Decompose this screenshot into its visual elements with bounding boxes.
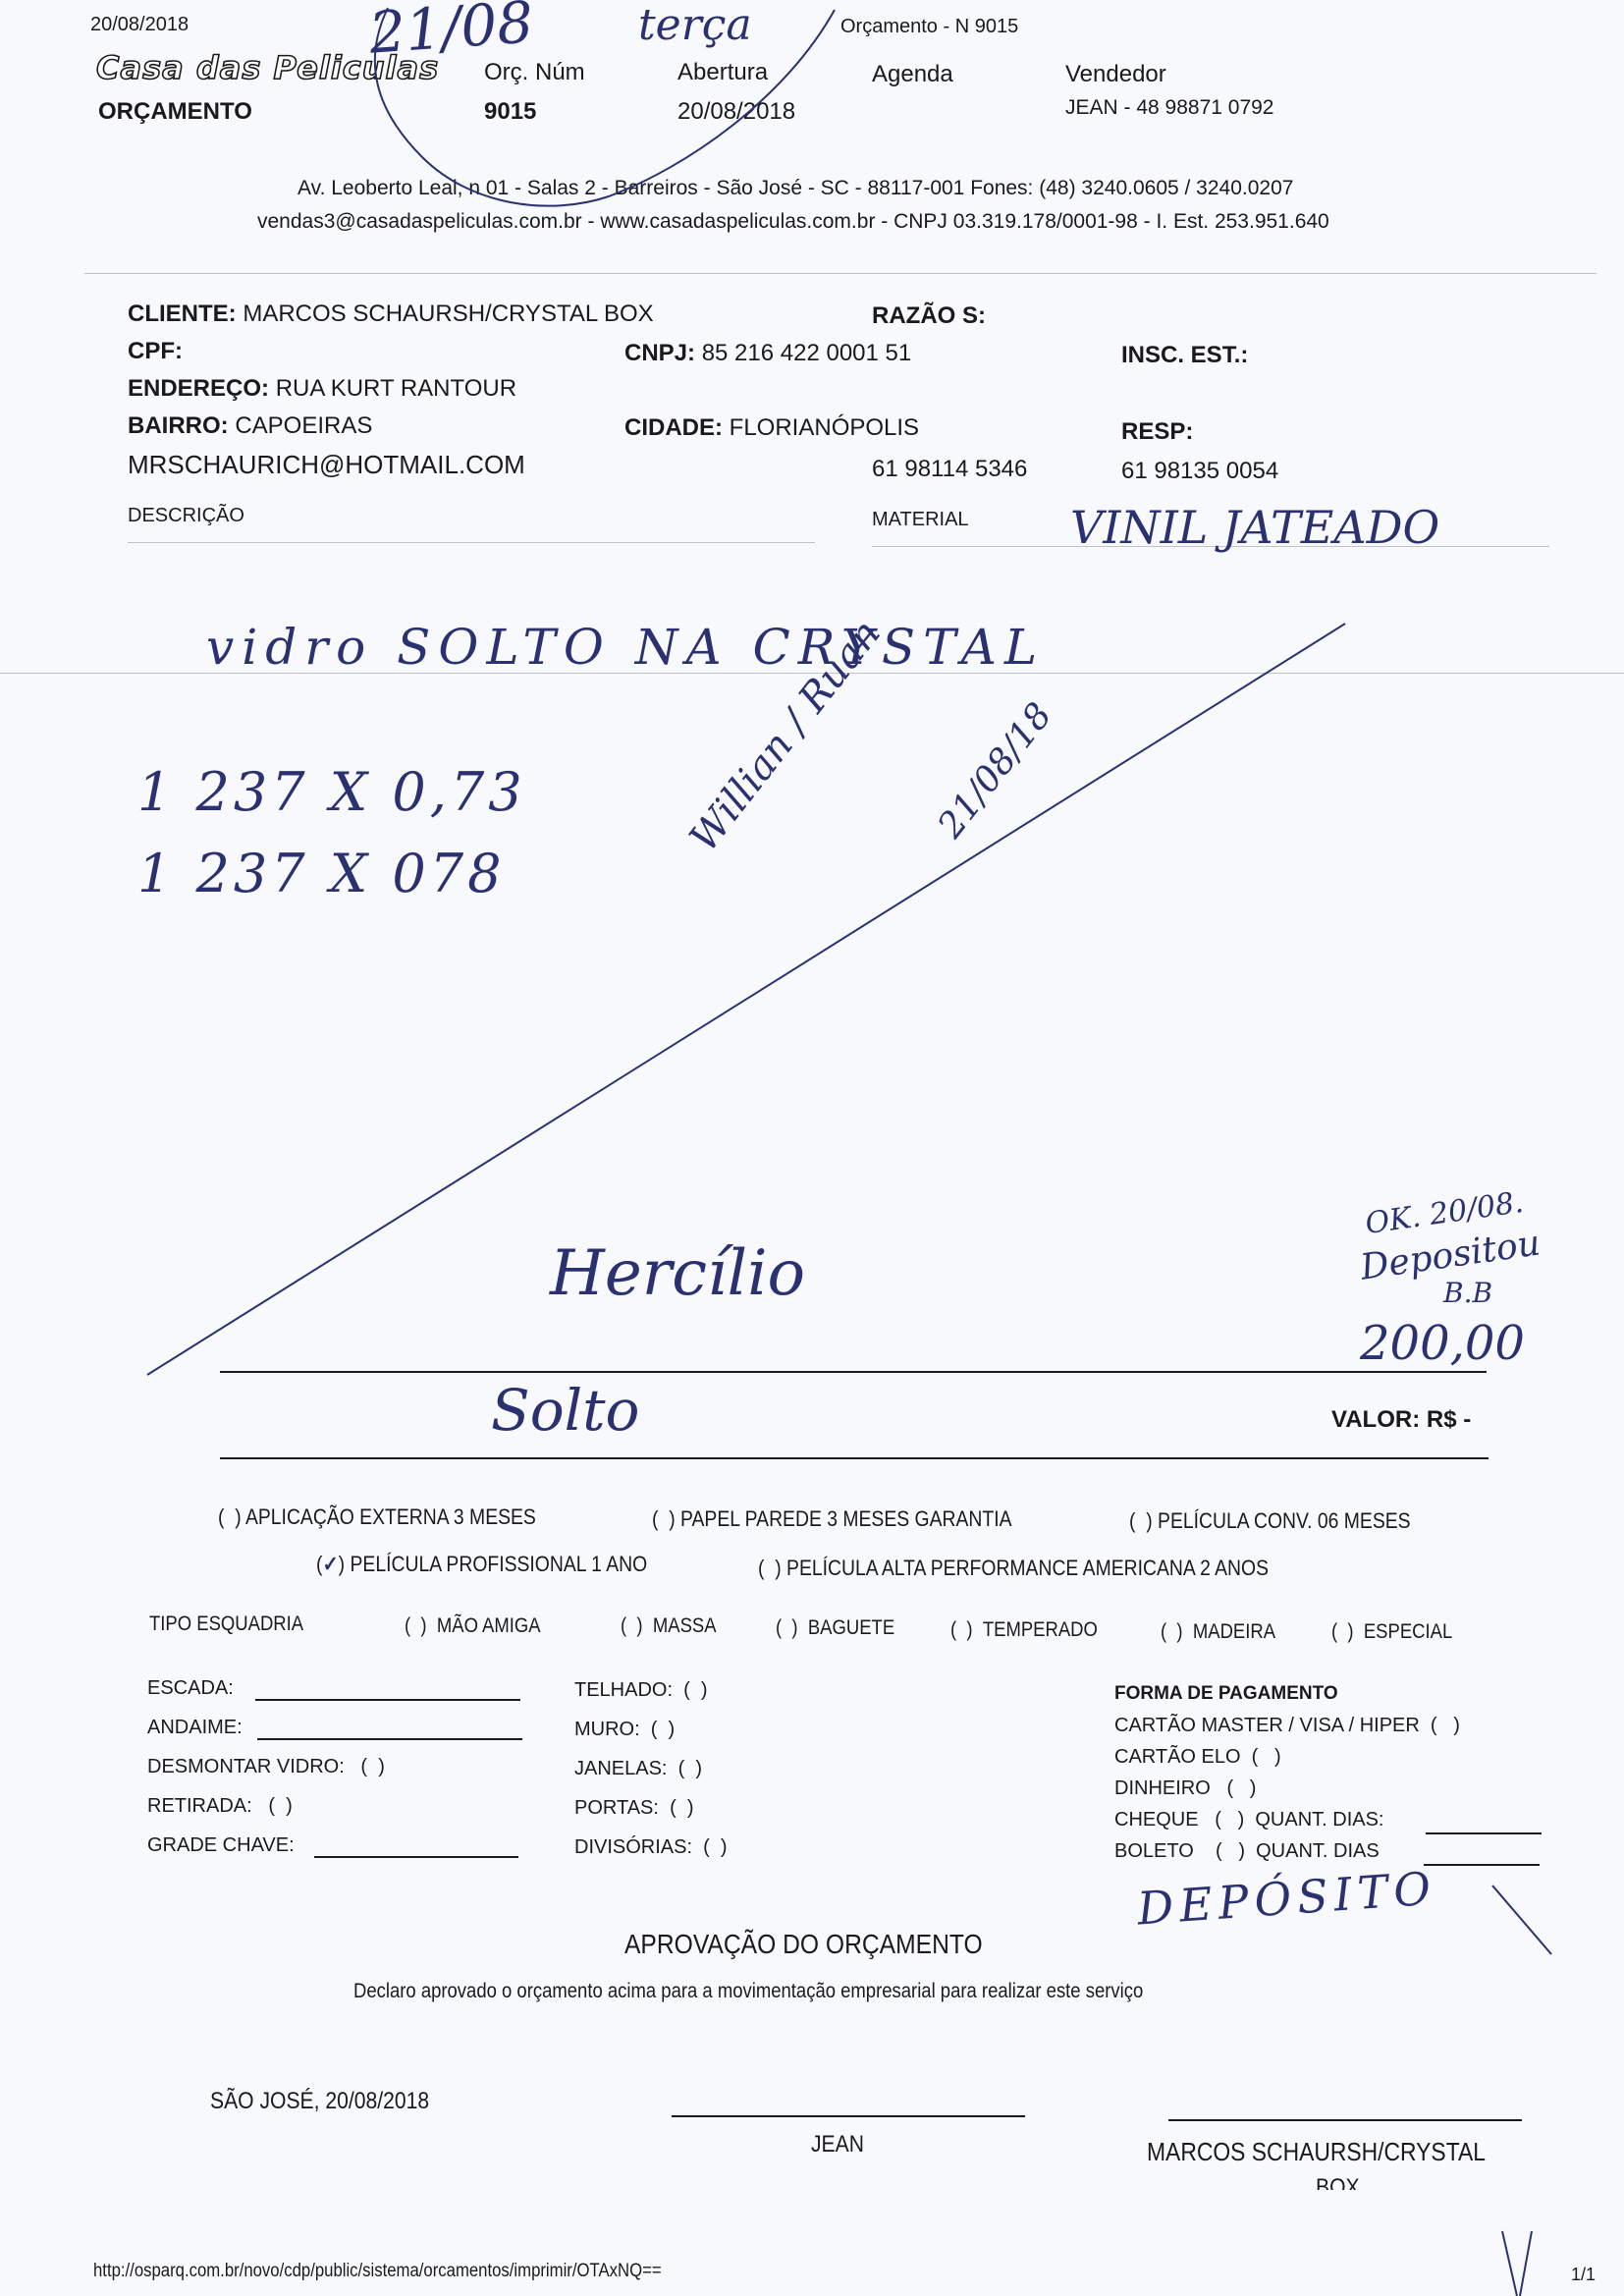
warranty-option[interactable]: ( ) APLICAÇÃO EXTERNA 3 MESES (218, 1504, 579, 1530)
warranty-option[interactable]: ( ) PELÍCULA ALTA PERFORMANCE AMERICANA … (758, 1556, 1338, 1581)
header-divider (84, 273, 1597, 274)
payment-option-boleto[interactable]: BOLETO ( ) QUANT. DIAS (1114, 1840, 1380, 1863)
cidade-label: CIDADE: (624, 414, 723, 441)
desmontar-vidro-field[interactable]: DESMONTAR VIDRO: ( ) (147, 1756, 385, 1778)
cpf-label: CPF: (128, 338, 183, 365)
agenda-label: Agenda (872, 61, 953, 88)
escada-line (255, 1699, 520, 1701)
signature-line-seller (672, 2115, 1025, 2117)
razao-label: RAZÃO S: (872, 302, 986, 330)
resp-label: RESP: (1121, 418, 1193, 446)
esquadria-option[interactable]: ( ) TEMPERADO (950, 1618, 1117, 1642)
company-address: Av. Leoberto Leal, n 01 - Salas 2 - Barr… (298, 177, 1293, 200)
warranty-option-label: PELÍCULA PROFISSIONAL 1 ANO (351, 1552, 648, 1576)
payment-option-cash[interactable]: DINHEIRO ( ) (1114, 1777, 1256, 1800)
document-reference: Orçamento - N 9015 (840, 16, 1018, 38)
valor-label: VALOR: R$ - (1331, 1406, 1471, 1434)
signature-line-client (1168, 2119, 1522, 2121)
esquadria-option[interactable]: ( ) MADEIRA (1161, 1620, 1291, 1644)
client-email: MRSCHAURICH@HOTMAIL.COM (128, 450, 525, 480)
vendedor-value: JEAN - 48 98871 0792 (1065, 96, 1273, 120)
cnpj-value: 85 216 422 0001 51 (702, 340, 912, 366)
esquadria-option[interactable]: ( ) BAGUETE (776, 1616, 911, 1640)
handwritten-material: VINIL JATEADO (1070, 501, 1439, 554)
material-label: MATERIAL (872, 509, 969, 531)
grade-chave-line (314, 1856, 518, 1858)
muro-check[interactable]: MURO: ( ) (574, 1719, 675, 1741)
valor-bottom-line (220, 1457, 1489, 1459)
payment-option-elo[interactable]: CARTÃO ELO ( ) (1114, 1746, 1281, 1769)
payment-option-cheque[interactable]: CHEQUE ( ) QUANT. DIAS: (1114, 1809, 1384, 1831)
cnpj-field: CNPJ: 85 216 422 0001 51 (624, 340, 911, 367)
abertura-value: 20/08/2018 (677, 98, 795, 126)
vendedor-label: Vendedor (1065, 61, 1166, 88)
warranty-option[interactable]: ( ) PELÍCULA CONV. 06 MESES (1129, 1508, 1449, 1534)
warranty-option[interactable]: ( ) PAPEL PAREDE 3 MESES GARANTIA (652, 1506, 1061, 1532)
approval-place-date: SÃO JOSÉ, 20/08/2018 (210, 2088, 460, 2115)
handwritten-measure-2: 1 237 X 078 (137, 843, 505, 904)
cliente-label: CLIENTE: (128, 301, 237, 327)
cnpj-label: CNPJ: (624, 340, 695, 366)
telhado-check[interactable]: TELHADO: ( ) (574, 1679, 708, 1702)
client-phone-2: 61 98135 0054 (1121, 458, 1278, 485)
handwritten-description: vidro SOLTO NA CRYSTAL (206, 619, 1045, 676)
grade-chave-field[interactable]: GRADE CHAVE: (147, 1834, 295, 1857)
handwritten-top-date: 21/08 (367, 0, 535, 67)
signer-client-line2: BOX (1316, 2174, 1366, 2190)
handwritten-top-day: terça (638, 0, 752, 50)
warranty-option-label: APLICAÇÃO EXTERNA 3 MESES (245, 1504, 536, 1529)
payment-title: FORMA DE PAGAMENTO (1114, 1683, 1338, 1705)
signer-client: MARCOS SCHAURSH/CRYSTAL (1147, 2137, 1532, 2167)
portas-check[interactable]: PORTAS: ( ) (574, 1797, 694, 1820)
esquadria-label: TIPO ESQUADRIA (149, 1613, 325, 1636)
descricao-label: DESCRIÇÃO (128, 505, 244, 527)
handwritten-measure-1: 1 237 X 0,73 (137, 761, 526, 823)
abertura-label: Abertura (677, 59, 768, 86)
handwritten-install-date: 21/08/18 (931, 695, 1060, 846)
endereco-field: ENDEREÇO: RUA KURT RANTOUR (128, 375, 516, 403)
warranty-option-label: PELÍCULA ALTA PERFORMANCE AMERICANA 2 AN… (786, 1556, 1269, 1580)
cidade-field: CIDADE: FLORIANÓPOLIS (624, 414, 919, 442)
payment-note-bank: B.B (1443, 1277, 1492, 1309)
divisorias-check[interactable]: DIVISÓRIAS: ( ) (574, 1836, 728, 1859)
cidade-value: FLORIANÓPOLIS (730, 414, 919, 441)
cliente-value: MARCOS SCHAURSH/CRYSTAL BOX (243, 301, 653, 327)
bairro-value: CAPOEIRAS (235, 412, 372, 439)
print-date: 20/08/2018 (90, 14, 189, 36)
andaime-line (257, 1738, 522, 1740)
boleto-days-line (1424, 1864, 1540, 1866)
bairro-field: BAIRRO: CAPOEIRAS (128, 412, 372, 440)
insc-est-label: INSC. EST.: (1121, 342, 1248, 369)
descricao-underline (128, 542, 815, 543)
cliente-field: CLIENTE: MARCOS SCHAURSH/CRYSTAL BOX (128, 301, 654, 328)
company-contact: vendas3@casadaspeliculas.com.br - www.ca… (257, 210, 1329, 234)
cheque-days-line (1426, 1832, 1542, 1834)
client-phone-1: 61 98114 5346 (872, 456, 1027, 483)
approval-statement: Declaro aprovado o orçamento acima para … (353, 1980, 1251, 2003)
approval-title: APROVAÇÃO DO ORÇAMENTO (624, 1929, 1031, 1960)
warranty-option-label: PAPEL PAREDE 3 MESES GARANTIA (680, 1506, 1011, 1531)
document-type: ORÇAMENTO (98, 98, 252, 126)
janelas-check[interactable]: JANELAS: ( ) (574, 1758, 702, 1780)
orc-num-label: Orç. Núm (484, 59, 585, 86)
retirada-field[interactable]: RETIRADA: ( ) (147, 1795, 293, 1818)
esquadria-option[interactable]: ( ) MÃO AMIGA (405, 1614, 560, 1638)
endereco-value: RUA KURT RANTOUR (276, 375, 516, 402)
payment-note-amount: 200,00 (1360, 1316, 1525, 1371)
warranty-option-label: PELÍCULA CONV. 06 MESES (1158, 1508, 1411, 1533)
checkmark-icon: ✓ (322, 1552, 338, 1576)
footer-page-number: 1/1 (1571, 2265, 1596, 2285)
endereco-label: ENDEREÇO: (128, 375, 269, 402)
signer-seller: JEAN (811, 2131, 871, 2159)
warranty-option-checked[interactable]: (✓) PELÍCULA PROFISSIONAL 1 ANO (316, 1552, 692, 1577)
handwritten-solto: Solto (491, 1377, 639, 1444)
orc-num-value: 9015 (484, 98, 536, 126)
andaime-field[interactable]: ANDAIME: (147, 1717, 243, 1739)
handwritten-payment-method: DEPÓSITO (1135, 1861, 1437, 1935)
escada-field[interactable]: ESCADA: (147, 1677, 234, 1700)
esquadria-option[interactable]: ( ) ESPECIAL (1331, 1620, 1469, 1644)
payment-option-card[interactable]: CARTÃO MASTER / VISA / HIPER ( ) (1114, 1715, 1460, 1737)
handwritten-signature: Hercílio (550, 1237, 805, 1310)
bairro-label: BAIRRO: (128, 412, 229, 439)
esquadria-option[interactable]: ( ) MASSA (621, 1614, 730, 1638)
footer-url: http://osparq.com.br/novo/cdp/public/sis… (93, 2261, 739, 2282)
valor-top-line (220, 1371, 1487, 1373)
